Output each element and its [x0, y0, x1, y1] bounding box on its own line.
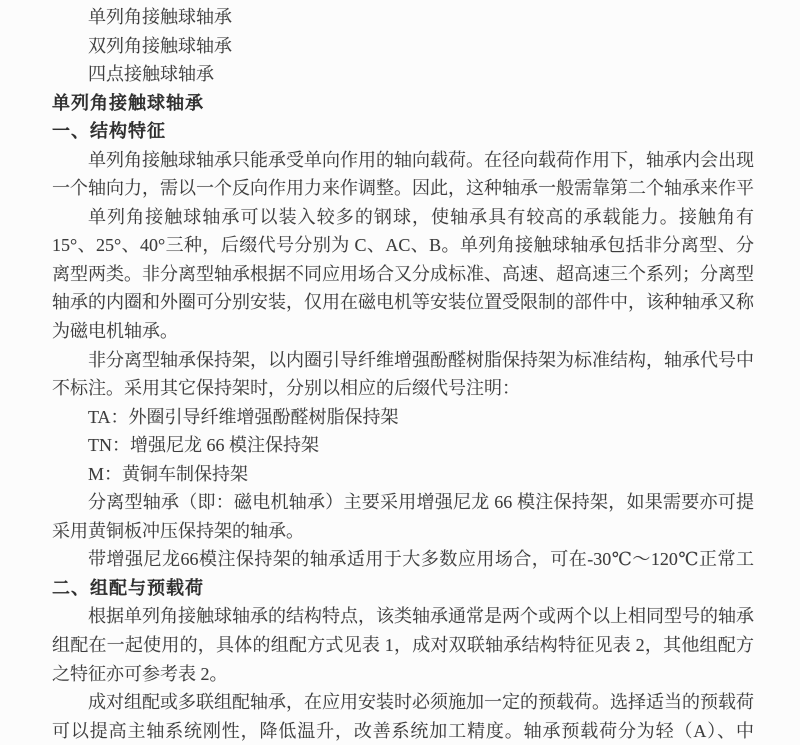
paragraph-line: 根据单列角接触球轴承的结构特点，该类轴承通常是两个或两个以上相同型号的轴承	[52, 602, 754, 631]
paragraph-line: 组配在一起使用的，具体的组配方式见表 1，成对双联轴承结构特征见表 2，其他组配…	[52, 631, 754, 660]
document-title: 单列角接触球轴承	[52, 89, 754, 118]
paragraph-line: 15°、25°、40°三种，后缀代号分别为 C、AC、B。单列角接触球轴承包括非…	[52, 231, 754, 260]
paragraph-line: 非分离型轴承保持架，以内圈引导纤维增强酚醛树脂保持架为标准结构，轴承代号中	[52, 346, 754, 375]
paragraph-line: 离型两类。非分离型轴承根据不同应用场合又分成标准、高速、超高速三个系列；分离型	[52, 260, 754, 289]
paragraph-line: 成对组配或多联组配轴承，在应用安装时必须施加一定的预载荷。选择适当的预载荷	[52, 688, 754, 717]
section-heading-assembly: 二、组配与预载荷	[52, 574, 754, 603]
paragraph-line: 带增强尼龙66模注保持架的轴承适用于大多数应用场合，可在-30℃～120℃正常工…	[52, 545, 754, 574]
paragraph-line: 不标注。采用其它保持架时，分别以相应的后缀代号注明：	[52, 374, 754, 403]
paragraph-line: 单列角接触球轴承只能承受单向作用的轴向载荷。在径向载荷作用下，轴承内会出现	[52, 146, 754, 175]
bearing-type-list-item: 单列角接触球轴承	[52, 3, 754, 32]
paragraph-line: 采用黄铜板冲压保持架的轴承。	[52, 517, 754, 546]
cage-code-item-tn: TN：增强尼龙 66 模注保持架	[52, 431, 754, 460]
bearing-type-list-item: 四点接触球轴承	[52, 60, 754, 89]
bearing-type-list-item: 双列角接触球轴承	[52, 32, 754, 61]
document-page: 单列角接触球轴承 双列角接触球轴承 四点接触球轴承 单列角接触球轴承 一、结构特…	[0, 0, 800, 745]
paragraph-line: 可以提高主轴系统刚性，降低温升，改善系统加工精度。轴承预载荷分为轻（A）、中（B…	[52, 717, 754, 745]
section-heading-structure: 一、结构特征	[52, 117, 754, 146]
paragraph-line: 之特征亦可参考表 2。	[52, 660, 754, 689]
paragraph-line: 为磁电机轴承。	[52, 317, 754, 346]
cage-code-item-m: M：黄铜车制保持架	[52, 460, 754, 489]
paragraph-line: 一个轴向力，需以一个反向作用力来作调整。因此，这种轴承一般需靠第二个轴承来作平衡…	[52, 174, 754, 203]
paragraph-line: 分离型轴承（即：磁电机轴承）主要采用增强尼龙 66 模注保持架，如果需要亦可提供	[52, 488, 754, 517]
cage-code-item-ta: TA：外圈引导纤维增强酚醛树脂保持架	[52, 403, 754, 432]
paragraph-line: 轴承的内圈和外圈可分别安装，仅用在磁电机等安装位置受限制的部件中，该种轴承又称	[52, 288, 754, 317]
paragraph-line: 单列角接触球轴承可以装入较多的钢球，使轴承具有较高的承载能力。接触角有	[52, 203, 754, 232]
